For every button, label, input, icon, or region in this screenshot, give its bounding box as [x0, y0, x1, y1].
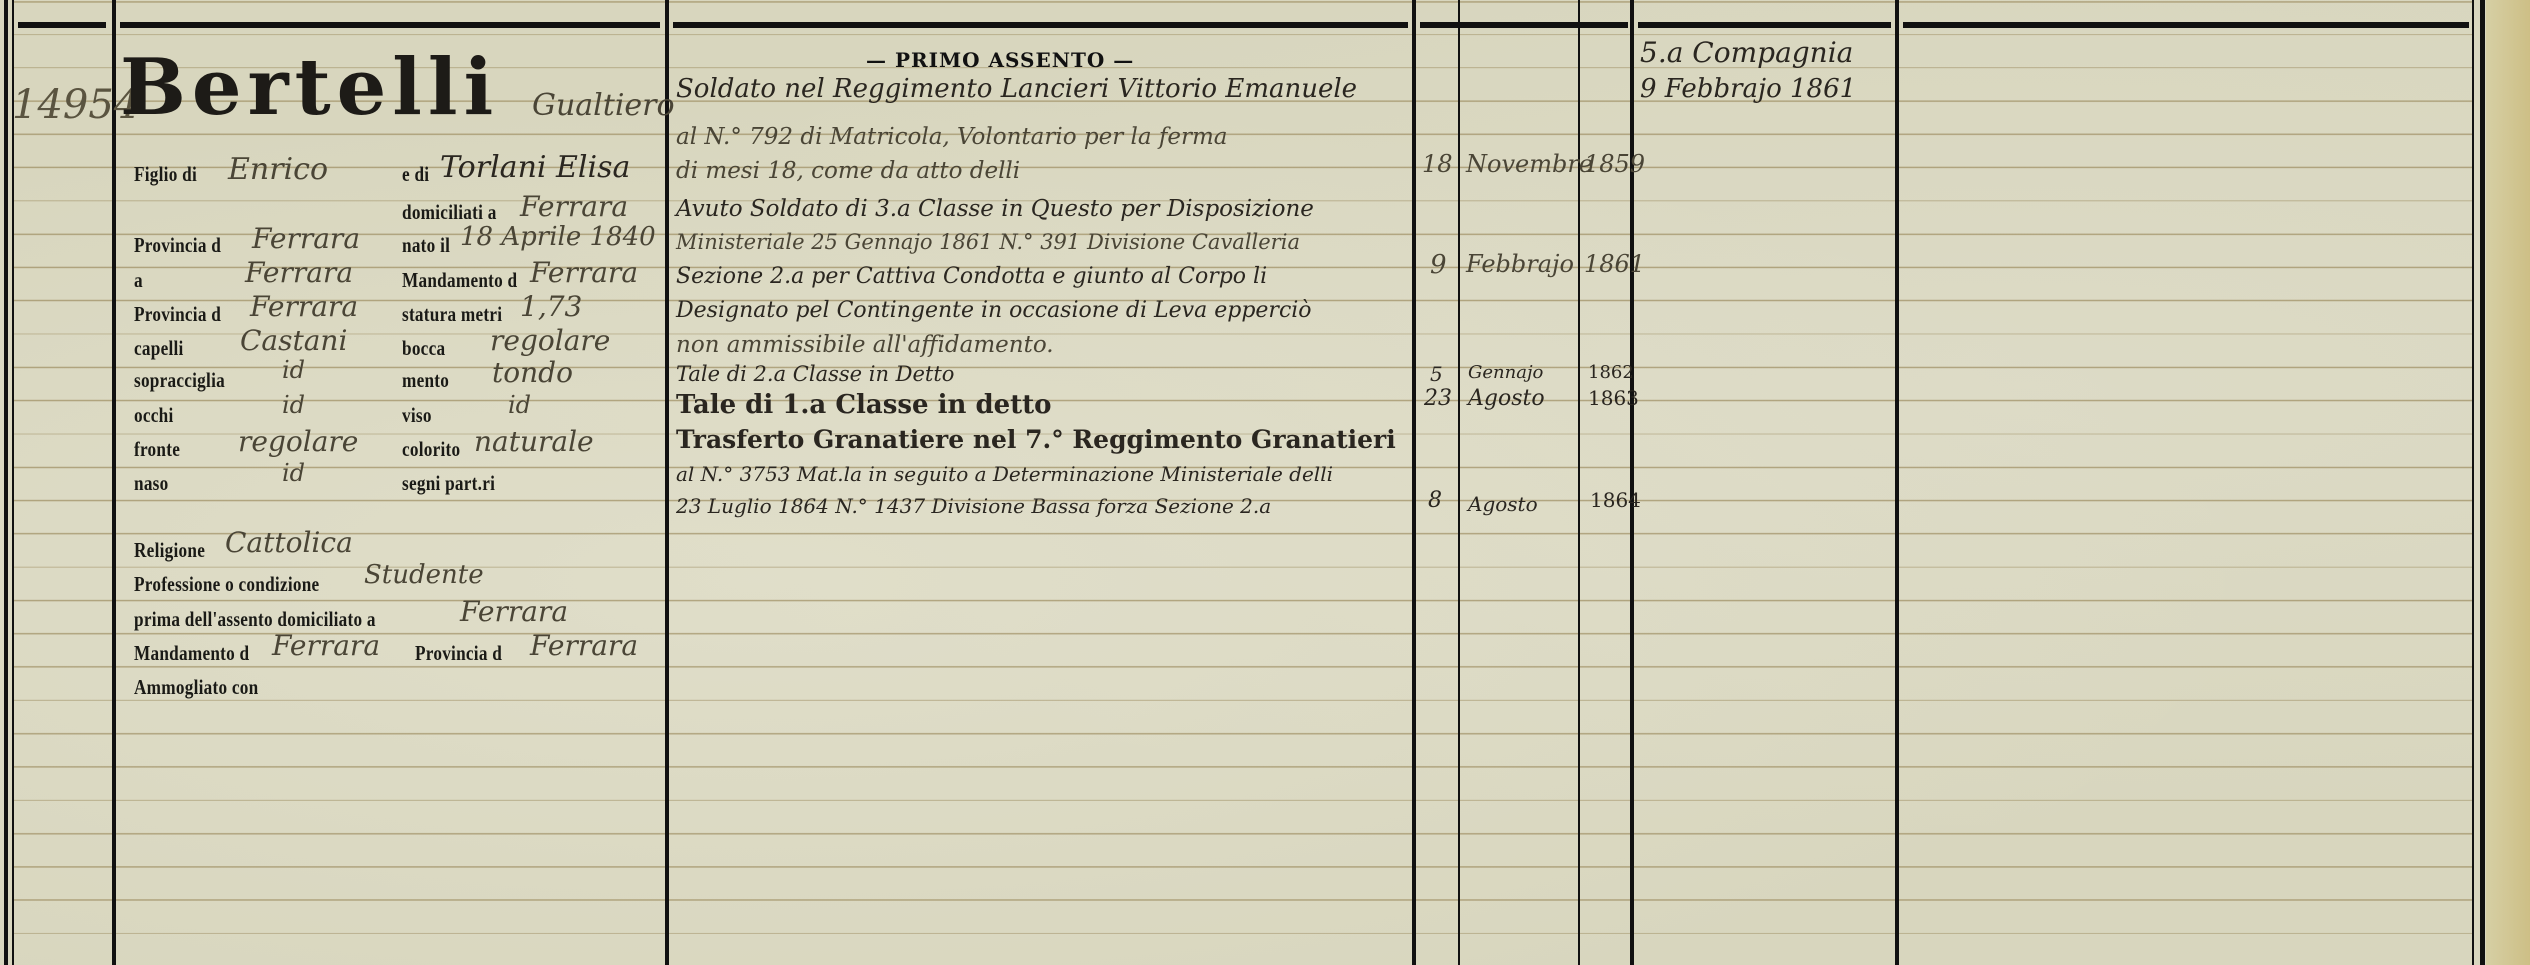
register-page: 14954 Bertelli Gualtiero Figlio di Enric…	[0, 0, 2530, 965]
assento-line: Avuto Soldato di 3.a Classe in Questo pe…	[676, 196, 1314, 222]
mandamento-value: Ferrara	[530, 256, 638, 289]
forehead-label: fronte	[134, 437, 180, 462]
left-border-inner	[12, 0, 14, 965]
height-value: 1,73	[520, 290, 582, 323]
domiciliati-value: Ferrara	[520, 190, 628, 223]
assento-line: Tale di 1.a Classe in detto	[676, 390, 1052, 420]
nose-value: id	[282, 459, 305, 487]
eyes-value: id	[282, 391, 305, 419]
father-label: Figlio di	[134, 162, 197, 187]
date-month: Agosto	[1468, 386, 1545, 411]
complexion-label: colorito	[402, 437, 460, 462]
nose-label: naso	[134, 471, 168, 496]
religion-value: Cattolica	[225, 526, 353, 559]
date-day: 23	[1424, 386, 1452, 411]
column-divider-year	[1630, 0, 1634, 965]
face-value: id	[508, 391, 531, 419]
profession-label: Professione o condizione	[134, 572, 319, 597]
assento-line: 23 Luglio 1864 N.° 1437 Divisione Bassa …	[676, 494, 1271, 518]
assento-line: di mesi 18, come da atto delli	[676, 158, 1020, 184]
assento-line: Sezione 2.a per Cattiva Condotta e giunt…	[676, 264, 1267, 289]
date-year: 1863	[1588, 386, 1639, 410]
date-year: 1864	[1590, 488, 1641, 512]
provincia2-label: Provincia d	[134, 302, 221, 327]
column-divider-month	[1578, 0, 1580, 965]
date-year: 1861	[1584, 250, 1645, 278]
date-day: 5	[1430, 362, 1443, 386]
date-year: 1859	[1584, 150, 1645, 178]
mandamento2-label: Mandamento d	[134, 641, 249, 666]
date-month: Gennajo	[1468, 362, 1543, 383]
company-line: 5.a Compagnia	[1640, 36, 1853, 69]
column-divider-day	[1458, 0, 1460, 965]
given-name: Gualtiero	[532, 88, 675, 123]
column-divider-number	[112, 0, 116, 965]
assento-line: Designato pel Contingente in occasione d…	[676, 298, 1312, 323]
assento-line: al N.° 792 di Matricola, Volontario per …	[676, 124, 1228, 150]
date-year: 1862	[1588, 362, 1634, 383]
provincia-label: Provincia d	[134, 233, 221, 258]
provincia3-label: Provincia d	[415, 641, 502, 666]
date-month: Febbrajo	[1466, 250, 1574, 278]
chin-label: mento	[402, 368, 449, 393]
father-value: Enrico	[228, 152, 328, 187]
profession-value: Studente	[364, 560, 484, 590]
birthplace-label: a	[134, 268, 143, 293]
header-rule	[120, 22, 660, 28]
date-month: Novembre	[1466, 150, 1593, 178]
married-label: Ammogliato con	[134, 675, 258, 700]
birth-date-value: 18 Aprile 1840	[460, 222, 656, 252]
mandamento-label: Mandamento d	[402, 268, 517, 293]
eyebrows-label: sopracciglia	[134, 368, 225, 393]
header-rule	[673, 22, 1408, 28]
provincia-value: Ferrara	[252, 222, 360, 255]
header-rule	[1903, 22, 2469, 28]
assento-line: non ammissibile all'affidamento.	[676, 332, 1054, 358]
header-rule	[1638, 22, 1891, 28]
eyebrows-value: id	[282, 356, 305, 384]
hair-value: Castani	[240, 324, 347, 357]
birthplace-value: Ferrara	[245, 256, 353, 289]
date-day: 8	[1428, 488, 1442, 513]
chin-value: tondo	[492, 356, 573, 389]
header-rule	[18, 22, 106, 28]
right-border-inner	[2472, 0, 2474, 965]
assento-line: al N.° 3753 Mat.la in seguito a Determin…	[676, 462, 1333, 486]
assento-line: Ministeriale 25 Gennajo 1861 N.° 391 Div…	[676, 230, 1300, 254]
complexion-value: naturale	[474, 425, 594, 458]
company-date: 9 Febbrajo 1861	[1640, 74, 1856, 104]
date-day: 18	[1422, 150, 1453, 178]
forehead-value: regolare	[238, 425, 358, 458]
surname: Bertelli	[120, 42, 499, 133]
page-edge	[2486, 0, 2530, 965]
prior-domicile-value: Ferrara	[460, 595, 568, 628]
assento-line: Soldato nel Reggimento Lancieri Vittorio…	[676, 74, 1357, 104]
height-label: statura metri	[402, 302, 502, 327]
birth-date-label: nato il	[402, 233, 450, 258]
marks-label: segni part.ri	[402, 471, 495, 496]
date-day: 9	[1430, 250, 1447, 280]
left-border-outer	[4, 0, 8, 965]
provincia2-value: Ferrara	[250, 290, 358, 323]
mandamento2-value: Ferrara	[272, 629, 380, 662]
column-divider-company	[1895, 0, 1899, 965]
mother-value: Torlani Elisa	[440, 150, 630, 185]
column-divider-assento	[1412, 0, 1416, 965]
mouth-label: bocca	[402, 336, 445, 361]
primo-assento-title: — PRIMO ASSENTO —	[866, 48, 1134, 72]
mother-label: e di	[402, 162, 429, 187]
eyes-label: occhi	[134, 403, 173, 428]
assento-line: Tale di 2.a Classe in Detto	[676, 362, 954, 386]
mouth-value: regolare	[490, 324, 610, 357]
hair-label: capelli	[134, 336, 184, 361]
provincia3-value: Ferrara	[530, 629, 638, 662]
face-label: viso	[402, 403, 432, 428]
header-rule	[1420, 22, 1628, 28]
religion-label: Religione	[134, 538, 205, 563]
column-divider-personal	[665, 0, 669, 965]
assento-line: Trasferto Granatiere nel 7.° Reggimento …	[676, 425, 1396, 454]
date-month: Agosto	[1468, 492, 1538, 516]
right-border-outer	[2480, 0, 2485, 965]
